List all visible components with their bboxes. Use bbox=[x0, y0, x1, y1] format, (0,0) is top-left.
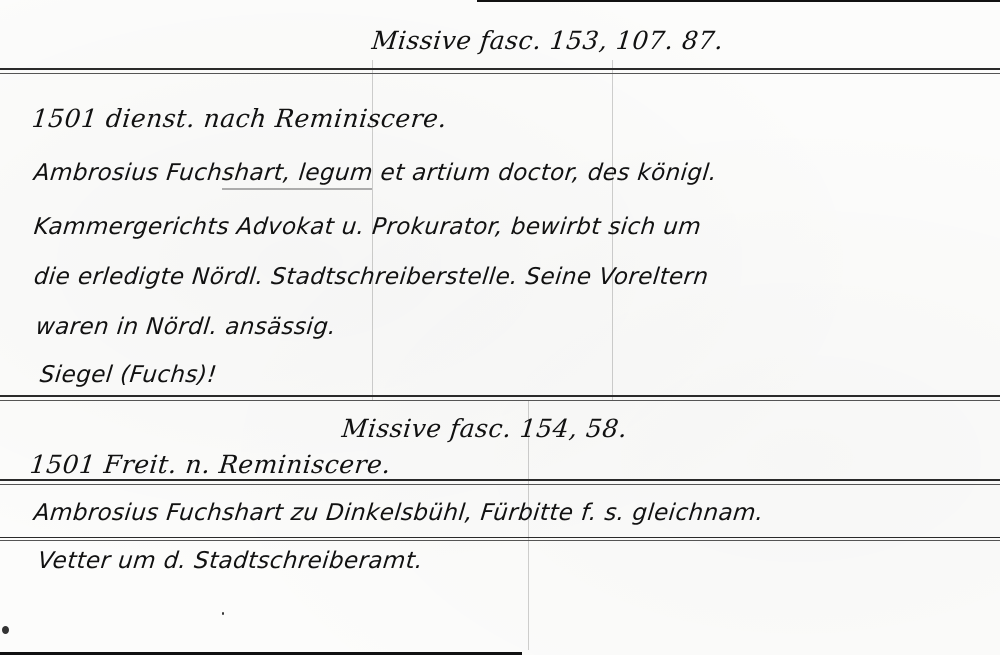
divider-rule bbox=[0, 395, 1000, 401]
entry-2-source-heading: Missive fasc. 154, 58. bbox=[340, 414, 628, 443]
divider-rule bbox=[0, 479, 1000, 485]
divider-rule bbox=[0, 68, 1000, 74]
entry-2-date-line: 1501 Freit. n. Reminiscere. bbox=[28, 450, 392, 479]
entry-1-date-line: 1501 dienst. nach Reminiscere. bbox=[30, 104, 448, 133]
entry-1-text-line: Ambrosius Fuchshart, legum et artium doc… bbox=[33, 160, 719, 186]
ink-speck bbox=[2, 626, 9, 634]
pencil-underline bbox=[222, 188, 372, 190]
entry-1-text-line: Kammergerichts Advokat u. Prokurator, be… bbox=[33, 214, 703, 240]
entry-1-text-line: waren in Nördl. ansässig. bbox=[35, 314, 338, 340]
entry-1-text-line: die erledigte Nördl. Stadtschreiberstell… bbox=[33, 264, 710, 290]
entry-1-source-heading: Missive fasc. 153, 107. 87. bbox=[370, 26, 725, 55]
divider-rule bbox=[0, 537, 1000, 541]
entry-2-text-line: Vetter um d. Stadtschreiberamt. bbox=[37, 548, 425, 574]
entry-1-text-line: Siegel (Fuchs)! bbox=[39, 362, 219, 388]
entry-2-text-line: Ambrosius Fuchshart zu Dinkelsbühl, Fürb… bbox=[33, 500, 765, 526]
scan-edge-top bbox=[477, 0, 1000, 2]
ink-speck bbox=[222, 612, 224, 615]
